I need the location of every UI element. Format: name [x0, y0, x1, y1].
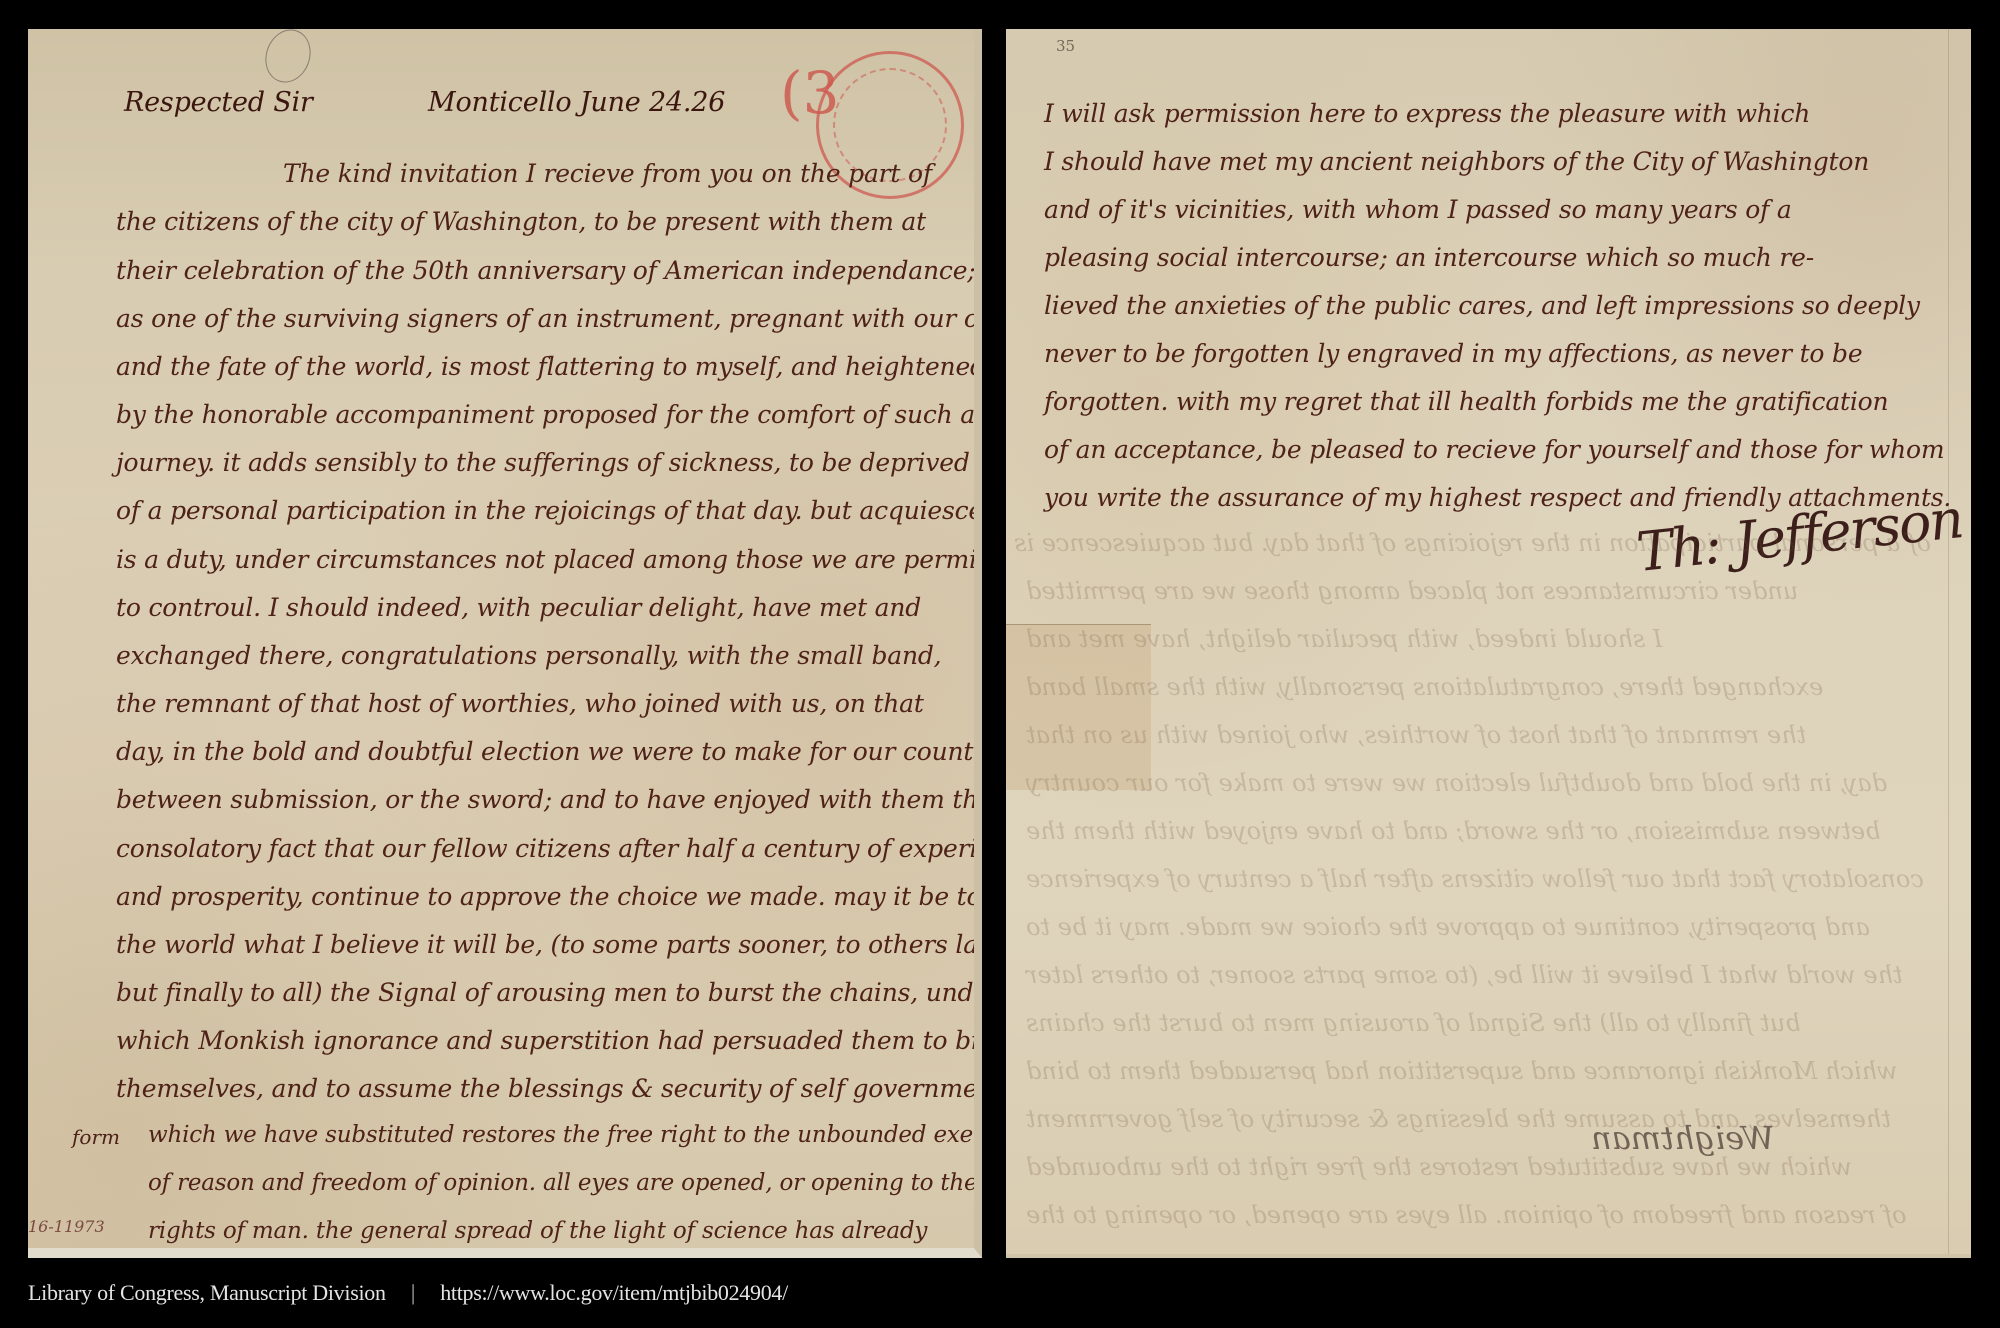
bleed-through-line: under circumstances not placed among tho… — [1026, 577, 1931, 605]
text-line: journey. it adds sensibly to the sufferi… — [116, 448, 982, 477]
bleed-through-line: I should indeed, with peculiar delight, … — [1026, 625, 1931, 653]
text-line: of an acceptance, be pleased to recieve … — [1044, 435, 1944, 464]
bleed-through-line: which Monkish ignorance and superstition… — [1026, 1057, 1931, 1085]
salutation: Respected Sir — [124, 87, 313, 118]
text-line: exchanged there, congratulations persona… — [116, 641, 941, 670]
text-line: which Monkish ignorance and superstition… — [116, 1026, 982, 1055]
caption-separator: | — [411, 1280, 415, 1306]
bleed-through-line: the remnant of that host of worthies, wh… — [1026, 721, 1931, 749]
text-line: I will ask permission here to express th… — [1044, 99, 1810, 128]
margin-note-form: form — [72, 1125, 120, 1149]
source-credit: Library of Congress, Manuscript Division — [28, 1280, 386, 1305]
bleed-through-line: the world what I believe it will be, (to… — [1026, 961, 1931, 989]
text-line: pleasing social intercourse; an intercou… — [1044, 243, 1814, 272]
text-line: the world what I believe it will be, (to… — [116, 930, 982, 959]
manuscript-page-left: (3 Respected Sir Monticello June 24.26 T… — [28, 29, 982, 1258]
text-line: The kind invitation I recieve from you o… — [283, 159, 932, 188]
bleed-through-line: between submission, or the sword; and to… — [1026, 817, 1931, 845]
text-line: and of it's vicinities, with whom I pass… — [1044, 195, 1792, 224]
text-line: consolatory fact that our fellow citizen… — [116, 834, 982, 863]
text-line: never to be forgotten ly engraved in my … — [1044, 339, 1862, 368]
text-line: the remnant of that host of worthies, wh… — [116, 689, 924, 718]
text-line: lieved the anxieties of the public cares… — [1044, 291, 1920, 320]
text-line: I should have met my ancient neighbors o… — [1044, 147, 1869, 176]
text-line: and the fate of the world, is most flatt… — [116, 352, 982, 381]
folio-number: 35 — [1056, 37, 1075, 55]
bleed-through-line: and prosperity, continue to approve the … — [1026, 913, 1931, 941]
text-line: rights of man. the general spread of the… — [148, 1218, 927, 1244]
text-line: which we have substituted restores the f… — [148, 1122, 982, 1148]
text-line: themselves, and to assume the blessings … — [116, 1074, 982, 1103]
text-line: and prosperity, continue to approve the … — [116, 882, 981, 911]
ghost-signature: Weightman — [1591, 1119, 1774, 1157]
bleed-through-line: of a personal participation in the rejoi… — [1026, 529, 1931, 557]
bleed-through-line: day, in the bold and doubtful election w… — [1026, 769, 1931, 797]
source-caption: Library of Congress, Manuscript Division… — [28, 1280, 788, 1306]
text-line: of a personal participation in the rejoi… — [116, 496, 982, 525]
catalog-number: 16-11973 — [28, 1217, 105, 1236]
dateline: Monticello June 24.26 — [428, 87, 725, 118]
manuscript-viewer: (3 Respected Sir Monticello June 24.26 T… — [0, 0, 2000, 1328]
text-line: the citizens of the city of Washington, … — [116, 207, 926, 236]
text-line: is a duty, under circumstances not place… — [116, 545, 982, 574]
bleed-through-line: which we have substituted restores the f… — [1026, 1153, 1931, 1181]
text-line: day, in the bold and doubtful election w… — [116, 737, 982, 766]
text-line: of reason and freedom of opinion. all ey… — [148, 1170, 977, 1196]
pencil-mark — [258, 29, 318, 89]
text-line: but finally to all) the Signal of arousi… — [116, 978, 982, 1007]
text-line: by the honorable accompaniment proposed … — [116, 400, 975, 429]
text-line: as one of the surviving signers of an in… — [116, 304, 982, 333]
bleed-through-line: themselves, and to assume the blessings … — [1026, 1105, 1931, 1133]
text-line: between submission, or the sword; and to… — [116, 785, 982, 814]
bleed-through-line: of reason and freedom of opinion. all ey… — [1026, 1201, 1931, 1229]
text-line: forgotten. with my regret that ill healt… — [1044, 387, 1888, 416]
source-url[interactable]: https://www.loc.gov/item/mtjbib024904/ — [440, 1280, 788, 1305]
manuscript-page-right: 35 I will ask permission here to express… — [1006, 29, 1971, 1258]
bleed-through-line: consolatory fact that our fellow citizen… — [1026, 865, 1931, 893]
bleed-through-line: exchanged there, congratulations persona… — [1026, 673, 1931, 701]
bleed-through-line: but finally to all) the Signal of arousi… — [1026, 1009, 1931, 1037]
text-line: their celebration of the 50th anniversar… — [116, 256, 976, 285]
text-line: to controul. I should indeed, with pecul… — [116, 593, 921, 622]
